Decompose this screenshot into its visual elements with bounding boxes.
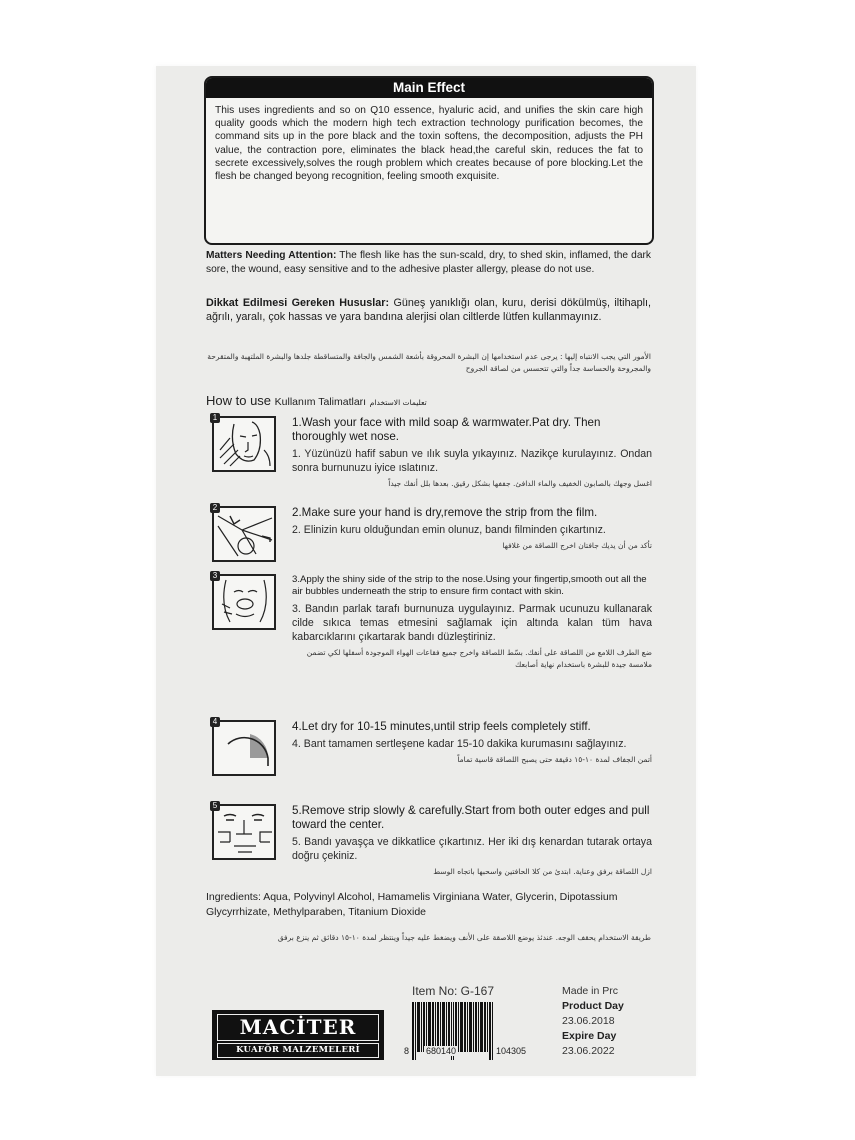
step-4-ar: أتمن الجفاف لمدة ١٠-١٥ دقيقة حتى يصبح ال… <box>292 754 652 766</box>
attention-paragraph: Matters Needing Attention: The flesh lik… <box>206 249 651 276</box>
brand-logo: MACİTER KUAFÖR MALZEMELERİ <box>212 1010 384 1060</box>
item-number: Item No: G-167 <box>412 984 552 998</box>
step-5-tr: 5. Bandı yavaşça ve dikkatlice çıkartını… <box>292 835 652 863</box>
step-5-ar: ازل اللصاقة برفق وعناية. ابتدئ من كلا ال… <box>292 866 652 878</box>
peel-strip-icon: 5 <box>212 804 276 860</box>
main-effect-box: Main Effect This uses ingredients and so… <box>204 76 654 245</box>
made-in: Made in Prc <box>562 984 624 999</box>
timer-icon: 4 <box>212 720 276 776</box>
step-4-tr: 4. Bant tamamen sertleşene kadar 15-10 d… <box>292 737 652 751</box>
step-2-en: 2.Make sure your hand is dry,remove the … <box>292 506 652 520</box>
step-4-en: 4.Let dry for 10-15 minutes,until strip … <box>292 720 652 734</box>
product-package-back: Main Effect This uses ingredients and so… <box>156 66 696 1076</box>
wash-face-icon: 1 <box>212 416 276 472</box>
brand-name: MACİTER <box>217 1014 379 1041</box>
step-3-en: 3.Apply the shiny side of the strip to t… <box>292 574 652 599</box>
arabic-usage-text: طريقة الاستخدام يحقف الوجه. عندئذ يوضع ا… <box>206 932 651 944</box>
step-1-en: 1.Wash your face with mild soap & warmwa… <box>292 416 652 444</box>
step-3-ar: ضع الطرف اللامع من اللصاقة على أنفك. بسّ… <box>292 647 652 671</box>
main-effect-title: Main Effect <box>206 78 652 98</box>
product-day-label: Product Day <box>562 1000 624 1012</box>
expire-day: 23.06.2022 <box>562 1044 624 1059</box>
package-footer: MACİTER KUAFÖR MALZEMELERİ Item No: G-16… <box>206 984 651 1074</box>
how-to-use-en: How to use <box>206 393 271 408</box>
attention-label: Matters Needing Attention: <box>206 250 336 261</box>
step-2-ar: تأكد من أن يديك جافتان اخرج اللصاقة من غ… <box>292 540 652 552</box>
remove-strip-icon: 2 <box>212 506 276 562</box>
how-to-use-heading: How to use Kullanım Talimatları تعليمات … <box>206 393 427 408</box>
product-dates: Made in Prc Product Day 23.06.2018 Expir… <box>562 984 624 1059</box>
step-1-ar: اغسل وجهك بالصابون الخفيف والماء الدافئ.… <box>292 478 652 490</box>
main-effect-text: This uses ingredients and so on Q10 esse… <box>206 98 652 183</box>
apply-strip-icon: 3 <box>212 574 276 630</box>
how-to-use-tr: Kullanım Talimatları <box>275 396 366 408</box>
dikkat-label: Dikkat Edilmesi Gereken Hususlar: <box>206 297 389 309</box>
step-5-en: 5.Remove strip slowly & carefully.Start … <box>292 804 652 832</box>
step-2-tr: 2. Elinizin kuru olduğundan emin olunuz,… <box>292 523 652 537</box>
how-to-use-ar: تعليمات الاستخدام <box>370 398 427 407</box>
product-day: 23.06.2018 <box>562 1014 624 1029</box>
step-1-tr: 1. Yüzünüzü hafif sabun ve ılık suyla yı… <box>292 447 652 475</box>
ingredients-list: Ingredients: Aqua, Polyvinyl Alcohol, Ha… <box>206 890 651 919</box>
step-3-tr: 3. Bandın parlak tarafı burnunuza uygula… <box>292 602 652 644</box>
dikkat-paragraph: Dikkat Edilmesi Gereken Hususlar: Güneş … <box>206 296 651 324</box>
expire-day-label: Expire Day <box>562 1030 616 1042</box>
arabic-attention-text: الأمور التي يجب الانتباه إليها : يرجى عد… <box>206 351 651 375</box>
barcode-block: Item No: G-167 8 680140 104305 <box>402 984 552 1074</box>
brand-tagline: KUAFÖR MALZEMELERİ <box>217 1043 379 1058</box>
